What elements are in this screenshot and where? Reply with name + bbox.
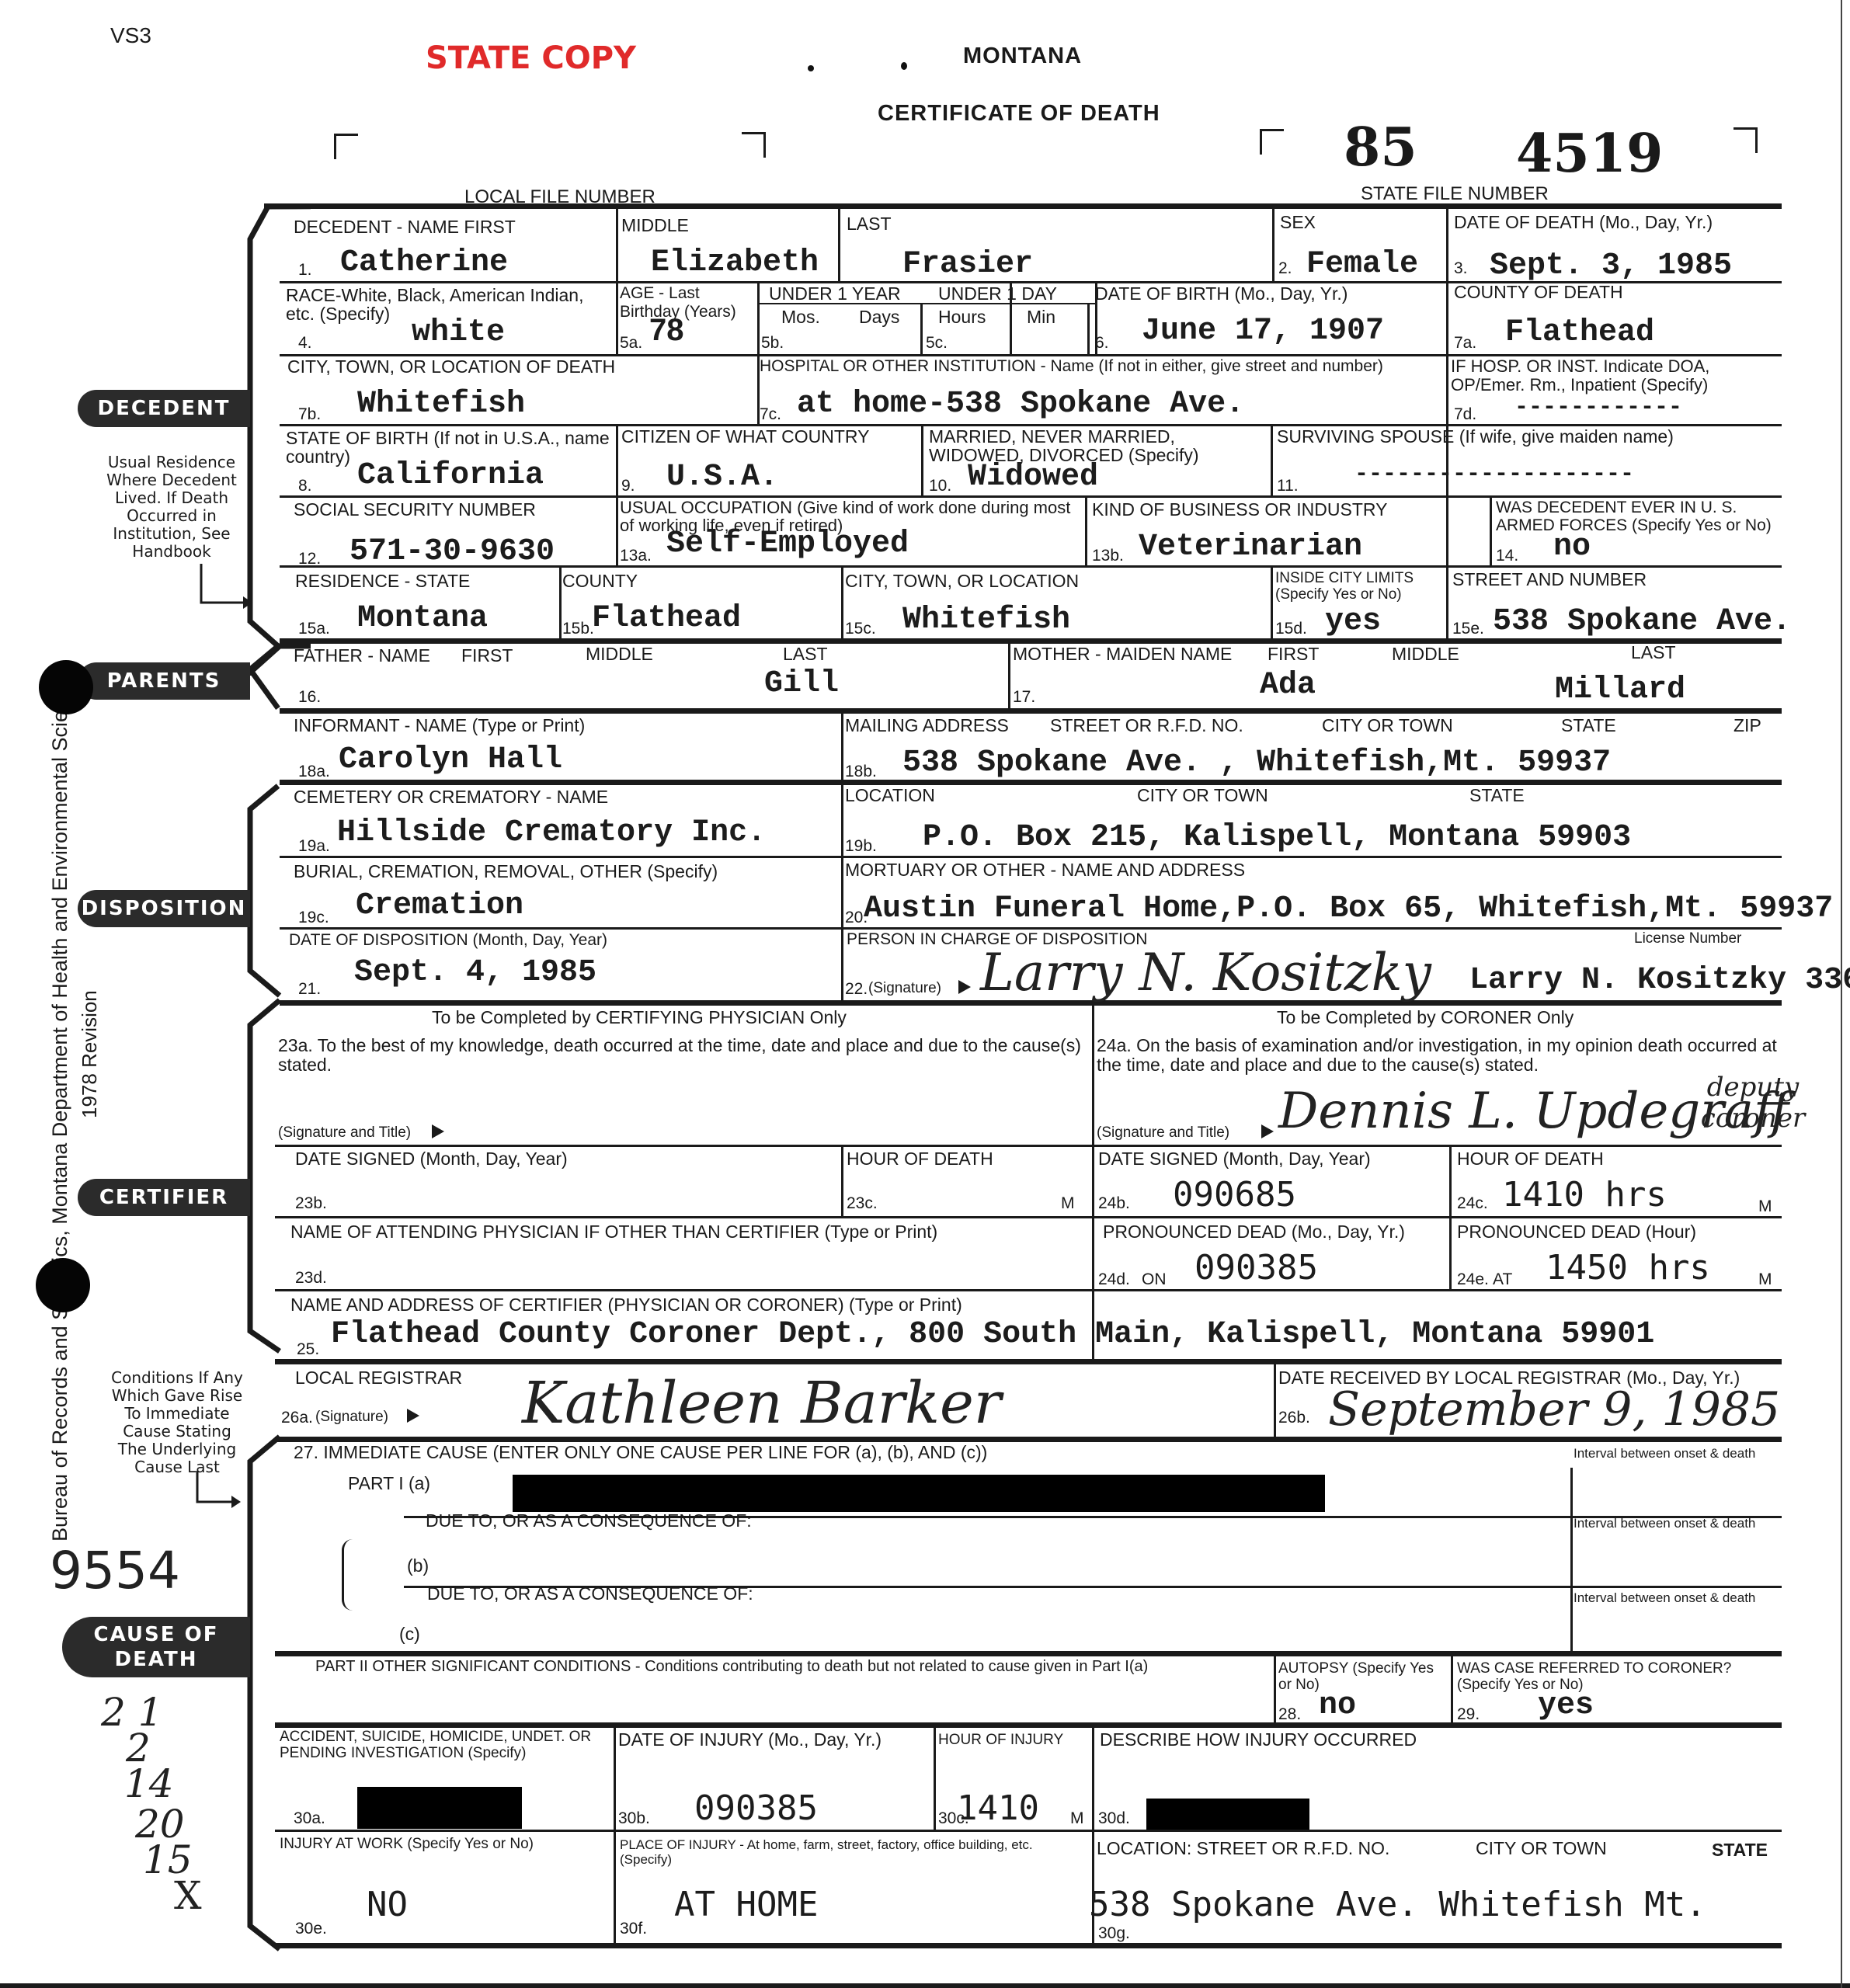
field-number: 18a. <box>298 763 330 781</box>
field-number: 10. <box>929 477 951 495</box>
disposition-date-value: Sept. 4, 1985 <box>354 957 596 989</box>
disposition-method-label: BURIAL, CREMATION, REMOVAL, OTHER (Speci… <box>294 862 718 881</box>
informant-name-value: Carolyn Hall <box>339 744 562 777</box>
mailing-city-label: CITY OR TOWN <box>1322 716 1453 735</box>
rule <box>280 856 1782 858</box>
part2-label: PART II OTHER SIGNIFICANT CONDITIONS - C… <box>315 1657 1148 1676</box>
divider <box>614 1726 616 1945</box>
state-file-number: 4519 <box>1516 123 1663 185</box>
field-number: 19c. <box>298 909 329 927</box>
hospital-value: at home-538 Spokane Ave. <box>797 388 1244 421</box>
field-number: 30b. <box>618 1809 650 1828</box>
field-number: 23c. <box>847 1194 878 1213</box>
coroner-referral-label: WAS CASE REFERRED TO CORONER? (Specify Y… <box>1457 1660 1780 1693</box>
inside-city-limits-value: yes <box>1325 606 1381 638</box>
due-to-label: DUE TO, OR AS A CONSEQUENCE OF: <box>426 1511 752 1530</box>
field-number: 22. <box>845 980 868 999</box>
field-number: 29. <box>1457 1705 1480 1724</box>
coroner-hour-value: 1410 hrs <box>1502 1179 1667 1211</box>
business-label: KIND OF BUSINESS OR INDUSTRY <box>1092 500 1387 519</box>
field-number: 19b. <box>845 837 877 856</box>
coroner-hour-label: HOUR OF DEATH <box>1457 1149 1604 1168</box>
rule <box>275 1437 1782 1442</box>
field-number: 21. <box>298 980 321 999</box>
coroner-signature-label: (Signature and Title) <box>1097 1124 1229 1141</box>
autopsy-value: no <box>1319 1690 1356 1722</box>
decedent-middle-name: Elizabeth <box>651 247 819 280</box>
field-number: 12. <box>298 550 321 568</box>
arrow-icon <box>198 564 252 610</box>
residence-street-value: 538 Spokane Ave. <box>1493 606 1791 638</box>
due-to-label: DUE TO, OR AS A CONSEQUENCE OF: <box>427 1584 753 1603</box>
field-number: 19a. <box>298 837 330 856</box>
state-file-number-label: STATE FILE NUMBER <box>1361 185 1549 203</box>
informant-name-label: INFORMANT - NAME (Type or Print) <box>294 716 585 735</box>
field-number: 26a. <box>281 1409 313 1427</box>
page-edge <box>1841 0 1842 1988</box>
pointer-icon <box>958 980 971 994</box>
date-of-birth-value: June 17, 1907 <box>1142 315 1384 348</box>
informant-address-value: 538 Spokane Ave. , Whitefish,Mt. 59937 <box>902 747 1611 780</box>
divider <box>1274 1654 1276 1722</box>
under-1-day-label: UNDER 1 DAY <box>938 284 1057 303</box>
registrar-signature-label: (Signature) <box>315 1409 388 1425</box>
injury-date-label: DATE OF INJURY (Mo., Day, Yr.) <box>618 1730 882 1749</box>
field-number: 30d. <box>1098 1809 1130 1828</box>
handwritten-code: 9554 <box>50 1541 180 1600</box>
father-last-value: Gill <box>764 668 839 700</box>
physician-hour-label: HOUR OF DEATH <box>847 1149 993 1168</box>
field-number: 5a. <box>620 334 642 353</box>
hospital-label: HOSPITAL OR OTHER INSTITUTION - Name (If… <box>760 357 1383 376</box>
mother-middle-label: MIDDLE <box>1392 645 1459 663</box>
cemetery-location-value: P.O. Box 215, Kalispell, Montana 59903 <box>923 822 1631 854</box>
residence-state-label: RESIDENCE - STATE <box>295 572 470 590</box>
divider <box>1087 303 1090 354</box>
residence-county-label: COUNTY <box>562 572 638 590</box>
business-value: Veterinarian <box>1139 531 1362 564</box>
residence-county-value: Flathead <box>592 603 741 635</box>
meridiem-label: M <box>1070 1809 1084 1828</box>
tab-certifier: CERTIFIER <box>78 1179 250 1216</box>
certifier-address-label: NAME AND ADDRESS OF CERTIFIER (PHYSICIAN… <box>290 1295 962 1314</box>
injury-at-work-label: INJURY AT WORK (Specify Yes or No) <box>280 1836 534 1852</box>
divider <box>841 1145 843 1216</box>
autopsy-label: AUTOPSY (Specify Yes or No) <box>1278 1660 1446 1693</box>
coroner-date-signed-value: 090685 <box>1173 1179 1296 1211</box>
meridiem-label: M <box>1758 1197 1772 1216</box>
registrar-date-value: September 9, 1985 <box>1328 1382 1780 1437</box>
field-number: 24c. <box>1457 1194 1488 1213</box>
rule <box>275 1943 1782 1948</box>
residence-city-value: Whitefish <box>902 604 1070 637</box>
field-number: 17. <box>1013 688 1035 707</box>
divider <box>841 565 843 638</box>
divider <box>1274 1362 1276 1437</box>
physician-heading: To be Completed by CERTIFYING PHYSICIAN … <box>432 1008 847 1027</box>
cemetery-location-label: LOCATION <box>845 786 935 805</box>
divider <box>1272 207 1274 281</box>
armed-forces-value: no <box>1553 531 1591 564</box>
divider <box>920 303 923 354</box>
field-number: 15e. <box>1452 620 1484 638</box>
inside-city-limits-label: INSIDE CITY LIMITS (Specify Yes or No) <box>1275 570 1446 603</box>
father-middle-label: MIDDLE <box>586 645 653 663</box>
divider <box>616 207 618 281</box>
meridiem-label: M <box>1758 1270 1772 1289</box>
rule <box>275 1830 1782 1832</box>
field-number: 30f. <box>620 1920 647 1938</box>
meridiem-label: M <box>1061 1194 1075 1213</box>
conditions-note: Conditions If Any Which Gave Rise To Imm… <box>109 1369 245 1476</box>
field-number: 18b. <box>845 763 877 781</box>
sex-label: SEX <box>1280 213 1316 231</box>
pronounced-hour-label: PRONOUNCED DEAD (Hour) <box>1457 1222 1696 1241</box>
interval-label: Interval between onset & death <box>1574 1446 1755 1461</box>
coroner-heading: To be Completed by CORONER Only <box>1277 1008 1574 1027</box>
ssn-label: SOCIAL SECURITY NUMBER <box>294 500 536 519</box>
physician-signature-label: (Signature and Title) <box>278 1124 411 1141</box>
name-middle-label: MIDDLE <box>621 216 689 235</box>
agency-vertical-text: Bureau of Records and Statistics, Montan… <box>48 666 72 1541</box>
manner-of-death-label: ACCIDENT, SUICIDE, HOMICIDE, UNDET. OR P… <box>280 1729 612 1761</box>
birth-state-value: California <box>357 460 544 492</box>
name-last-label: LAST <box>847 214 892 233</box>
coroner-title: deputy coroner <box>1695 1072 1811 1134</box>
physician-statement: 23a. To the best of my knowledge, death … <box>278 1036 1089 1075</box>
punch-hole <box>39 660 93 714</box>
cemetery-state-label: STATE <box>1469 786 1525 805</box>
injury-hour-value: 1410 <box>957 1792 1039 1825</box>
father-last-label: LAST <box>783 645 828 663</box>
county-of-death-value: Flathead <box>1505 317 1654 349</box>
pronounced-date-value: 090385 <box>1195 1252 1318 1284</box>
divider <box>1271 565 1273 638</box>
ssn-value: 571-30-9630 <box>349 536 555 568</box>
field-number: 16. <box>298 688 321 707</box>
decedent-first-name: Catherine <box>340 247 508 280</box>
license-name-value: Larry N. Kositzky 336 <box>1469 964 1850 997</box>
divider <box>934 1726 936 1830</box>
minutes-label: Min <box>1027 308 1055 326</box>
arrow-icon <box>194 1471 241 1510</box>
armed-forces-label: WAS DECEDENT EVER IN U. S. ARMED FORCES … <box>1496 499 1783 534</box>
state-name: MONTANA <box>963 47 1082 65</box>
cemetery-name-value: Hillside Crematory Inc. <box>337 817 766 850</box>
coroner-referral-value: yes <box>1538 1690 1594 1722</box>
divider <box>921 424 923 495</box>
divider <box>1446 565 1448 638</box>
field-number: 23b. <box>295 1194 327 1213</box>
redacted-injury-description <box>1146 1799 1309 1830</box>
on-label: ON <box>1142 1270 1167 1289</box>
field-number: 13b. <box>1092 547 1124 565</box>
field-number: 3. <box>1454 259 1468 278</box>
name-first-label: DECEDENT - NAME FIRST <box>294 217 516 236</box>
interval-label: Interval between onset & death <box>1574 1590 1755 1605</box>
field-number: 4. <box>298 334 312 353</box>
part1-b-label: (b) <box>407 1556 429 1575</box>
date-of-death-label: DATE OF DEATH (Mo., Day, Yr.) <box>1454 213 1713 231</box>
field-number: 6. <box>1095 334 1109 353</box>
disposition-method-value: Cremation <box>356 890 523 923</box>
local-registrar-label: LOCAL REGISTRAR <box>295 1368 462 1387</box>
field-number: 2. <box>1278 259 1292 278</box>
field-number: 30a. <box>294 1809 325 1828</box>
surviving-spouse-label: SURVIVING SPOUSE (If wife, give maiden n… <box>1277 427 1674 446</box>
disposition-date-label: DATE OF DISPOSITION (Month, Day, Year) <box>289 932 607 948</box>
field-number: 9. <box>621 477 635 495</box>
ink-dot <box>808 65 814 71</box>
divider <box>616 424 618 567</box>
pointer-icon <box>432 1124 444 1138</box>
field-number: 13a. <box>620 547 652 565</box>
mother-last-value: Millard <box>1555 674 1685 707</box>
field-number: 1. <box>298 261 312 280</box>
divider <box>1490 495 1492 567</box>
state-copy-stamp: STATE COPY <box>426 40 636 76</box>
hospital-status-value: ------------ <box>1514 391 1682 424</box>
mailing-street-label: STREET OR R.F.D. NO. <box>1050 716 1243 735</box>
divider <box>1449 1145 1452 1289</box>
divider <box>616 281 618 354</box>
tab-parents: PARENTS <box>78 662 250 700</box>
rule <box>275 1145 1782 1147</box>
corner-bracket <box>334 134 358 159</box>
punch-hole <box>36 1258 90 1312</box>
rule <box>280 780 1782 785</box>
pronounced-date-label: PRONOUNCED DEAD (Mo., Day, Yr.) <box>1103 1222 1405 1241</box>
part1-a-label: PART I (a) <box>348 1474 430 1493</box>
field-number: 23d. <box>295 1269 327 1288</box>
hospital-status-label: IF HOSP. OR INST. Indicate DOA, OP/Emer.… <box>1451 357 1785 394</box>
page-title: CERTIFICATE OF DEATH <box>878 104 1160 123</box>
cemetery-city-label: CITY OR TOWN <box>1137 786 1268 805</box>
county-of-death-label: COUNTY OF DEATH <box>1454 283 1623 301</box>
city-of-death-value: Whitefish <box>357 388 525 421</box>
mother-first-label: FIRST <box>1268 645 1319 663</box>
injury-city-label: CITY OR TOWN <box>1476 1839 1607 1858</box>
residence-street-label: STREET AND NUMBER <box>1452 570 1647 589</box>
field-number: 24d. <box>1098 1270 1130 1289</box>
field-number: 7b. <box>298 405 321 424</box>
field-number: 7d. <box>1454 405 1476 424</box>
coroner-statement: 24a. On the basis of examination and/or … <box>1097 1036 1780 1075</box>
rule <box>275 1216 1782 1218</box>
field-number: 5c. <box>926 334 948 353</box>
redacted-cause-a <box>513 1475 1325 1512</box>
funeral-director-signature: Larry N. Kositzky <box>980 943 1431 1003</box>
mailing-address-label: MAILING ADDRESS <box>845 716 1009 735</box>
field-number: 11. <box>1277 477 1299 495</box>
cemetery-name-label: CEMETERY OR CREMATORY - NAME <box>294 787 608 806</box>
citizen-value: U.S.A. <box>666 461 778 494</box>
mother-first-value: Ada <box>1260 669 1316 702</box>
corner-bracket <box>1734 127 1758 153</box>
divider <box>838 207 840 281</box>
field-number: 5b. <box>761 334 784 353</box>
at-label: AT <box>1493 1270 1512 1289</box>
rule <box>280 638 1782 644</box>
divider <box>559 565 562 638</box>
tab-decedent: DECEDENT <box>78 390 250 427</box>
handwritten-number: 14 <box>124 1761 174 1806</box>
physician-date-signed-label: DATE SIGNED (Month, Day, Year) <box>295 1149 568 1168</box>
mailing-zip-label: ZIP <box>1734 716 1761 735</box>
corner-bracket <box>742 132 766 158</box>
hours-label: Hours <box>938 308 986 326</box>
rule <box>275 1722 1782 1728</box>
injury-location-label: LOCATION: STREET OR R.F.D. NO. <box>1097 1839 1389 1858</box>
divider <box>1271 424 1273 495</box>
field-number: 24e. <box>1457 1270 1489 1289</box>
rule <box>280 708 1782 714</box>
interval-label: Interval between onset & death <box>1574 1516 1755 1531</box>
months-label: Mos. <box>781 308 820 326</box>
place-of-injury-value: AT HOME <box>674 1889 818 1921</box>
rule <box>280 927 1782 930</box>
residence-city-label: CITY, TOWN, OR LOCATION <box>845 572 1079 590</box>
tab-disposition: DISPOSITION <box>78 890 250 927</box>
citizen-label: CITIZEN OF WHAT COUNTRY <box>621 427 869 446</box>
residence-state-value: Montana <box>357 603 488 635</box>
injury-at-work-value: NO <box>367 1889 408 1921</box>
tab-cause-of-death: CAUSE OF DEATH <box>62 1617 250 1677</box>
field-number: 24b. <box>1098 1194 1130 1213</box>
surviving-spouse-value: -------------------- <box>1354 458 1634 491</box>
field-number: 25. <box>297 1340 319 1359</box>
handwritten-number: X <box>174 1873 202 1918</box>
sex-value: Female <box>1306 248 1418 281</box>
signature-label: (Signature) <box>868 980 941 996</box>
rule <box>275 1359 1782 1364</box>
field-number: 7a. <box>1454 334 1476 353</box>
residence-note: Usual Residence Where Decedent Lived. If… <box>99 454 244 561</box>
father-name-label: FATHER - NAME <box>294 646 430 665</box>
decedent-last-name: Frasier <box>902 248 1033 281</box>
attending-physician-label: NAME OF ATTENDING PHYSICIAN IF OTHER THA… <box>290 1222 937 1241</box>
divider <box>841 711 843 1000</box>
revision-vertical-text: 1978 Revision <box>78 990 102 1118</box>
age-value: 78 <box>649 314 684 346</box>
place-of-injury-label: PLACE OF INJURY - At home, farm, street,… <box>620 1837 1086 1867</box>
injury-hour-label: HOUR OF INJURY <box>938 1732 1063 1748</box>
pointer-icon <box>407 1409 419 1423</box>
field-number: 7c. <box>760 405 781 424</box>
injury-state-label: STATE <box>1712 1840 1768 1859</box>
divider <box>1570 1468 1572 1514</box>
field-number: 26b. <box>1278 1409 1310 1427</box>
immediate-cause-heading: 27. IMMEDIATE CAUSE (ENTER ONLY ONE CAUS… <box>294 1443 987 1461</box>
part1-c-label: (c) <box>399 1625 420 1643</box>
under-1-year-label: UNDER 1 YEAR <box>769 284 901 303</box>
redacted-manner <box>357 1787 522 1829</box>
occupation-value: Self-Employed <box>666 528 909 561</box>
marital-status-value: Widowed <box>968 461 1098 494</box>
field-number: 15c. <box>845 620 876 638</box>
city-of-death-label: CITY, TOWN, OR LOCATION OF DEATH <box>287 357 615 376</box>
age-label: AGE - Last Birthday (Years) <box>620 284 753 321</box>
mother-last-label: LAST <box>1631 643 1676 662</box>
mortuary-value: Austin Funeral Home,P.O. Box 65, Whitefi… <box>864 893 1833 926</box>
marital-status-label: MARRIED, NEVER MARRIED, WIDOWED, DIVORCE… <box>929 427 1224 464</box>
field-number: 30e. <box>295 1920 327 1938</box>
mortuary-label: MORTUARY OR OTHER - NAME AND ADDRESS <box>845 860 1245 879</box>
date-of-death-value: Sept. 3, 1985 <box>1490 250 1732 283</box>
ink-dot <box>901 62 907 70</box>
injury-description-label: DESCRIBE HOW INJURY OCCURRED <box>1100 1730 1417 1749</box>
field-number: 30g. <box>1098 1924 1130 1943</box>
rule <box>275 1651 1782 1656</box>
field-number: 15d. <box>1275 620 1307 638</box>
mailing-state-label: STATE <box>1561 716 1616 735</box>
brace-icon <box>342 1539 356 1611</box>
injury-location-value: 538 Spokane Ave. Whitefish Mt. <box>1089 1889 1706 1921</box>
field-number: 15a. <box>298 620 330 638</box>
field-number: 8. <box>298 477 312 495</box>
field-number: 14. <box>1496 547 1518 565</box>
registrar-signature: Kathleen Barker <box>522 1370 1001 1437</box>
father-first-label: FIRST <box>461 646 513 665</box>
field-number: 28. <box>1278 1705 1301 1724</box>
corner-bracket <box>1260 129 1284 155</box>
rule <box>264 203 1782 209</box>
pronounced-hour-value: 1450 hrs <box>1546 1252 1710 1284</box>
pointer-icon <box>1261 1124 1274 1138</box>
divider <box>1446 207 1448 568</box>
injury-date-value: 090385 <box>694 1792 818 1825</box>
divider <box>1451 1654 1453 1722</box>
state-file-year: 85 <box>1344 116 1417 179</box>
mother-maiden-name-label: MOTHER - MAIDEN NAME <box>1013 645 1232 663</box>
days-label: Days <box>859 308 899 326</box>
certifier-address-value: Flathead County Coroner Dept., 800 South… <box>331 1319 1654 1351</box>
coroner-date-signed-label: DATE SIGNED (Month, Day, Year) <box>1098 1149 1371 1168</box>
rule <box>0 1983 1850 1988</box>
field-number: 15b. <box>562 620 594 638</box>
date-of-birth-label: DATE OF BIRTH (Mo., Day, Yr.) <box>1095 284 1348 303</box>
race-value: white <box>412 317 505 349</box>
rule <box>275 1289 1782 1291</box>
license-number-label: License Number <box>1634 930 1741 947</box>
divider <box>1092 1005 1094 1359</box>
divider <box>1008 641 1010 708</box>
